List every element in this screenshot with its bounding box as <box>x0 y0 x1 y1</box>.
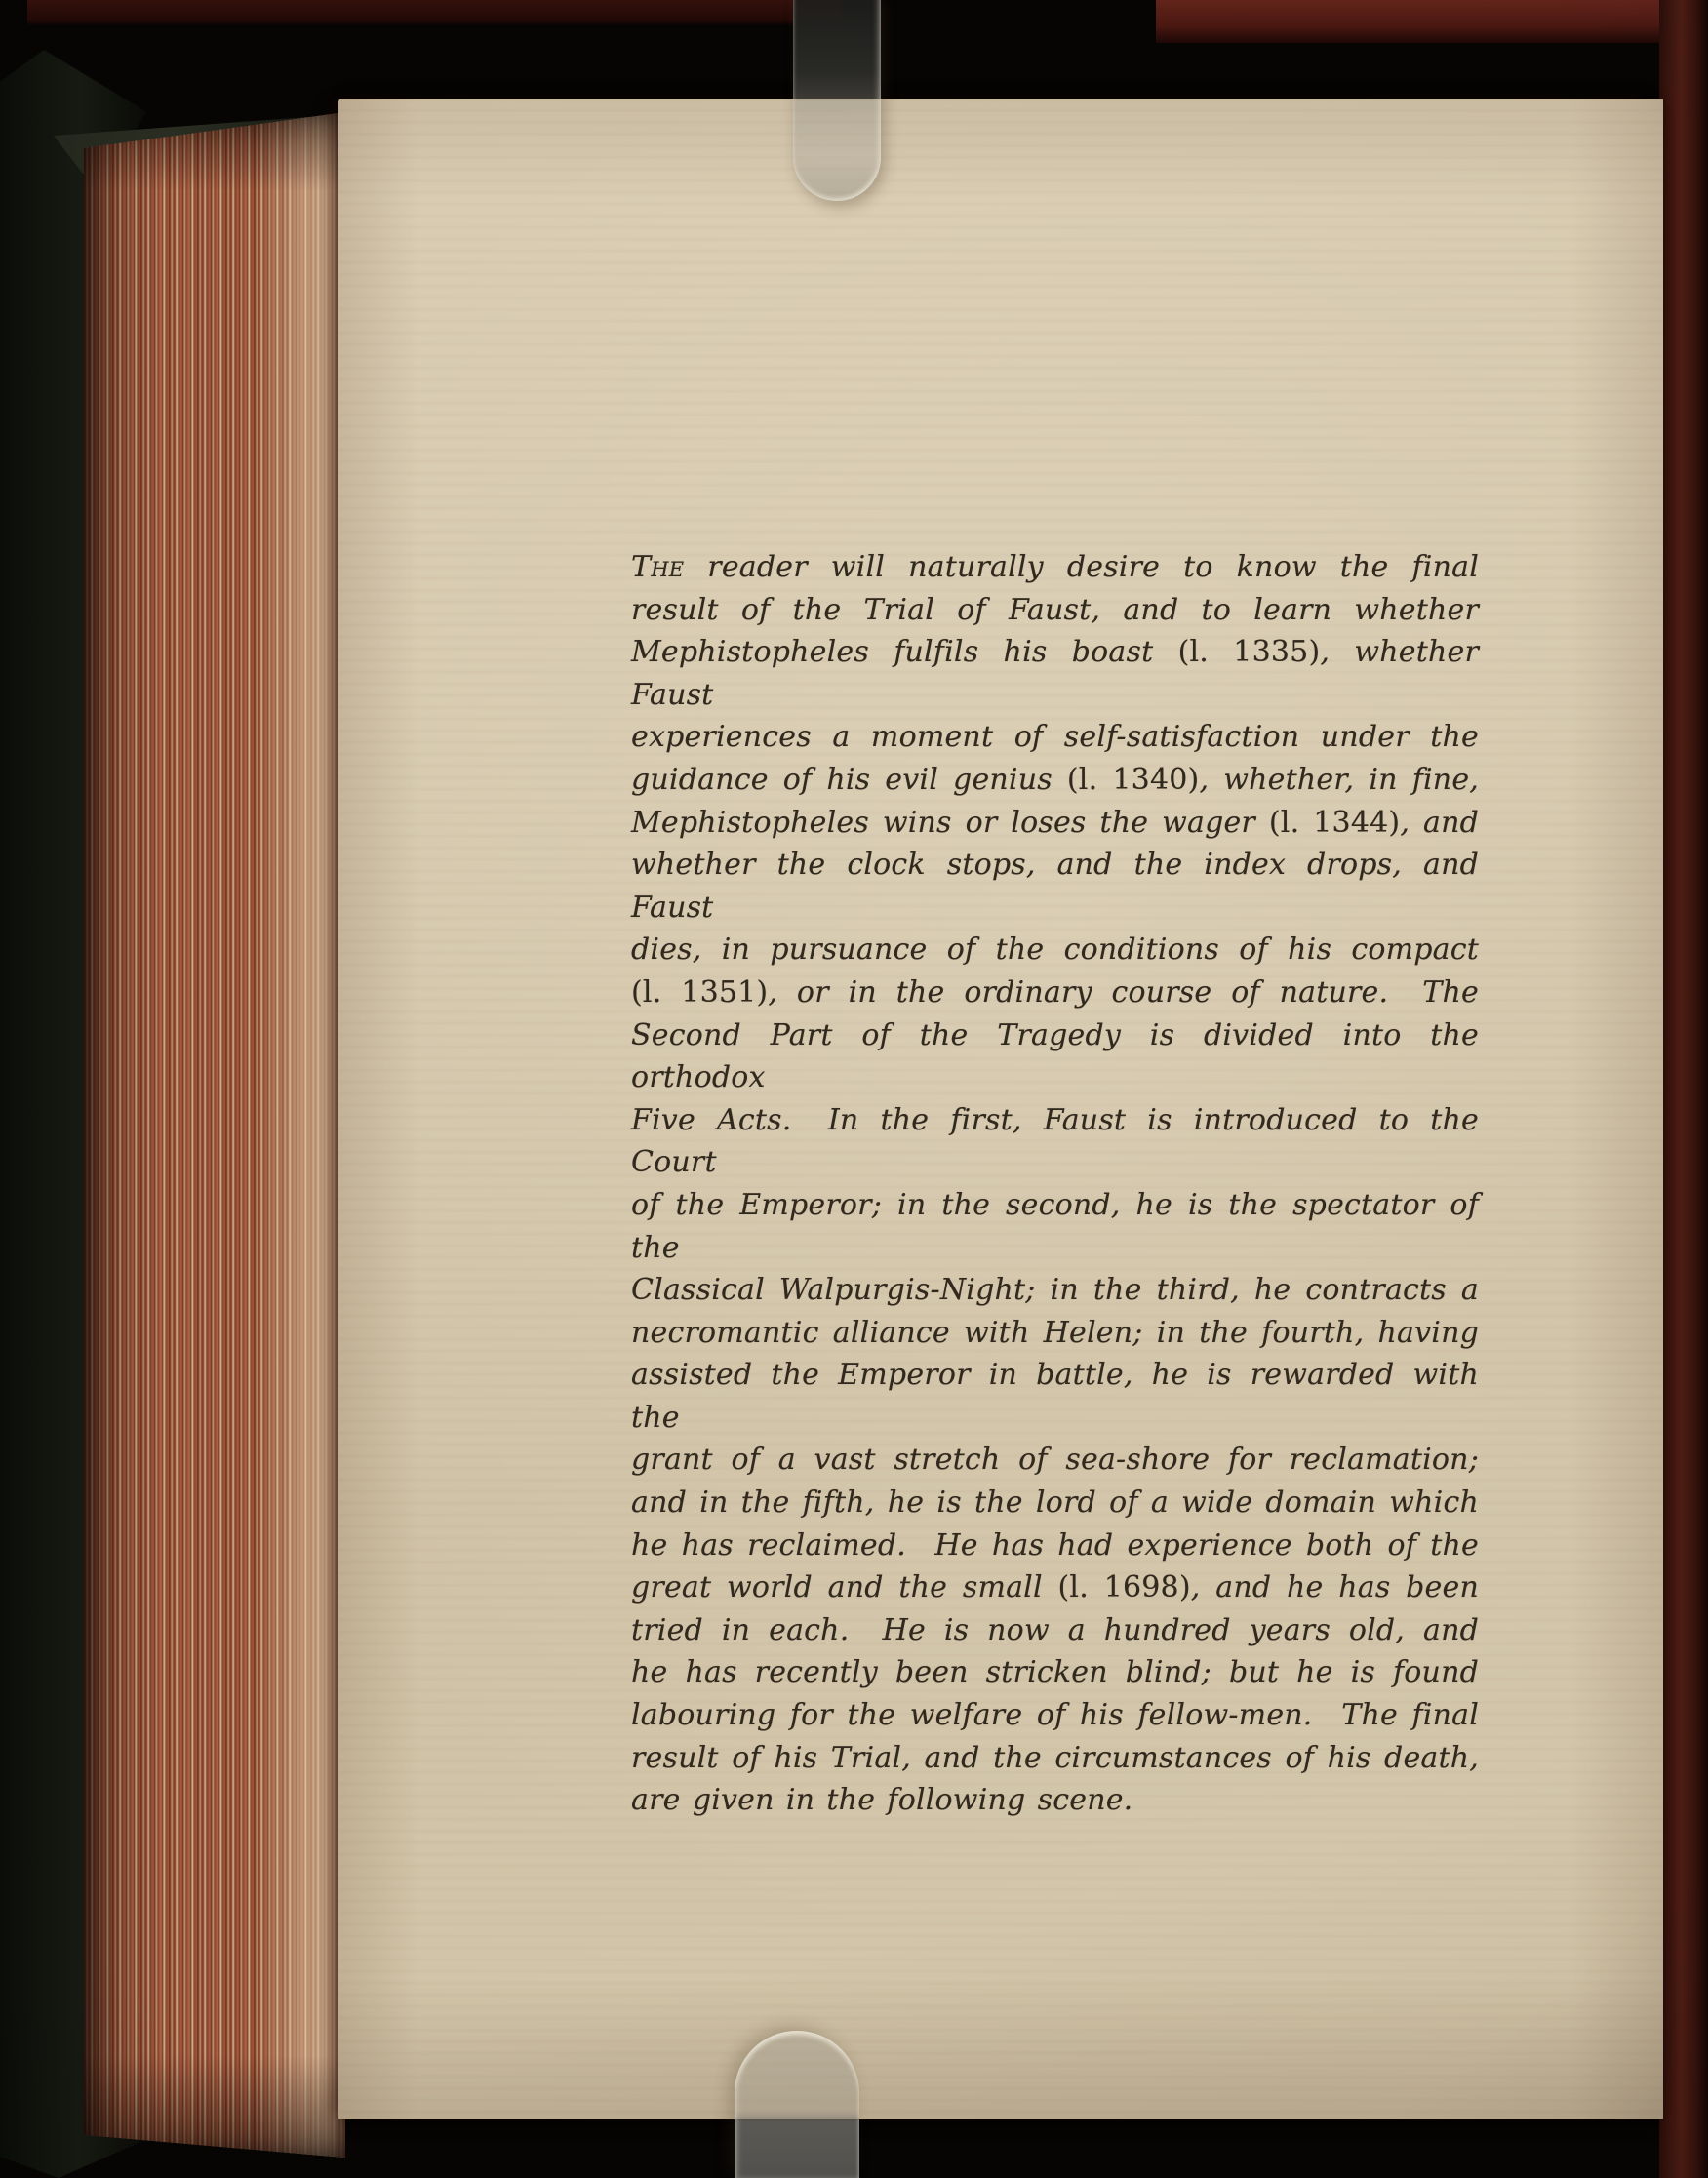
text-line: dies, in pursuance of the conditions of … <box>631 929 1479 971</box>
text-line: experiences a moment of self-satisfactio… <box>631 716 1479 759</box>
line-reference: (l. 1335) <box>1178 635 1321 669</box>
text-line: Classical Walpurgis-Night; in the third,… <box>631 1269 1479 1312</box>
text-line: guidance of his evil genius (l. 1340), w… <box>631 759 1479 802</box>
text-line: tried in each. He is now a hundred years… <box>631 1609 1479 1652</box>
text-line: The reader will naturally desire to know… <box>631 546 1479 589</box>
binding-band-top-left <box>27 0 842 25</box>
text-line: and in the fifth, he is the lord of a wi… <box>631 1482 1479 1525</box>
text-line: he has reclaimed. He has had experience … <box>631 1525 1479 1567</box>
text-line: Mephistopheles fulfils his boast (l. 133… <box>631 631 1479 716</box>
text-line: labouring for the welfare of his fellow-… <box>631 1694 1479 1737</box>
text-line: of the Emperor; in the second, he is the… <box>631 1184 1479 1269</box>
text-line: (l. 1351), or in the ordinary course of … <box>631 971 1479 1014</box>
line-reference: (l. 1698) <box>1058 1570 1191 1604</box>
scanner-clamp-bottom <box>735 2031 859 2178</box>
scanner-clamp-top <box>793 0 881 201</box>
text-line: are given in the following scene. <box>631 1779 1479 1822</box>
lead-word: The <box>631 550 684 584</box>
text-line: Second Part of the Tragedy is divided in… <box>631 1014 1479 1099</box>
text-line: result of the Trial of Faust, and to lea… <box>631 589 1479 632</box>
text-line: necromantic alliance with Helen; in the … <box>631 1312 1479 1355</box>
photograph-of-book: The reader will naturally desire to know… <box>0 0 1708 2178</box>
line-reference: (l. 1340) <box>1067 763 1200 797</box>
page-edges-stack <box>84 109 345 2158</box>
text-line: he has recently been stricken blind; but… <box>631 1651 1479 1694</box>
text-line: whether the clock stops, and the index d… <box>631 844 1479 929</box>
line-reference: (l. 1344) <box>1269 806 1400 840</box>
text-line: assisted the Emperor in battle, he is re… <box>631 1354 1479 1439</box>
line-reference: (l. 1351) <box>631 975 768 1010</box>
binding-band-top-right <box>1156 0 1708 43</box>
paragraph: The reader will naturally desire to know… <box>631 546 1479 1822</box>
text-line: grant of a vast stretch of sea-shore for… <box>631 1439 1479 1482</box>
text-line: Five Acts. In the first, Faust is introd… <box>631 1099 1479 1184</box>
text-line: great world and the small (l. 1698), and… <box>631 1566 1479 1609</box>
book-cover-right-edge <box>1659 0 1708 2178</box>
text-line: result of his Trial, and the circumstanc… <box>631 1737 1479 1780</box>
text-line: Mephistopheles wins or loses the wager (… <box>631 802 1479 845</box>
book-page: The reader will naturally desire to know… <box>338 99 1663 2119</box>
